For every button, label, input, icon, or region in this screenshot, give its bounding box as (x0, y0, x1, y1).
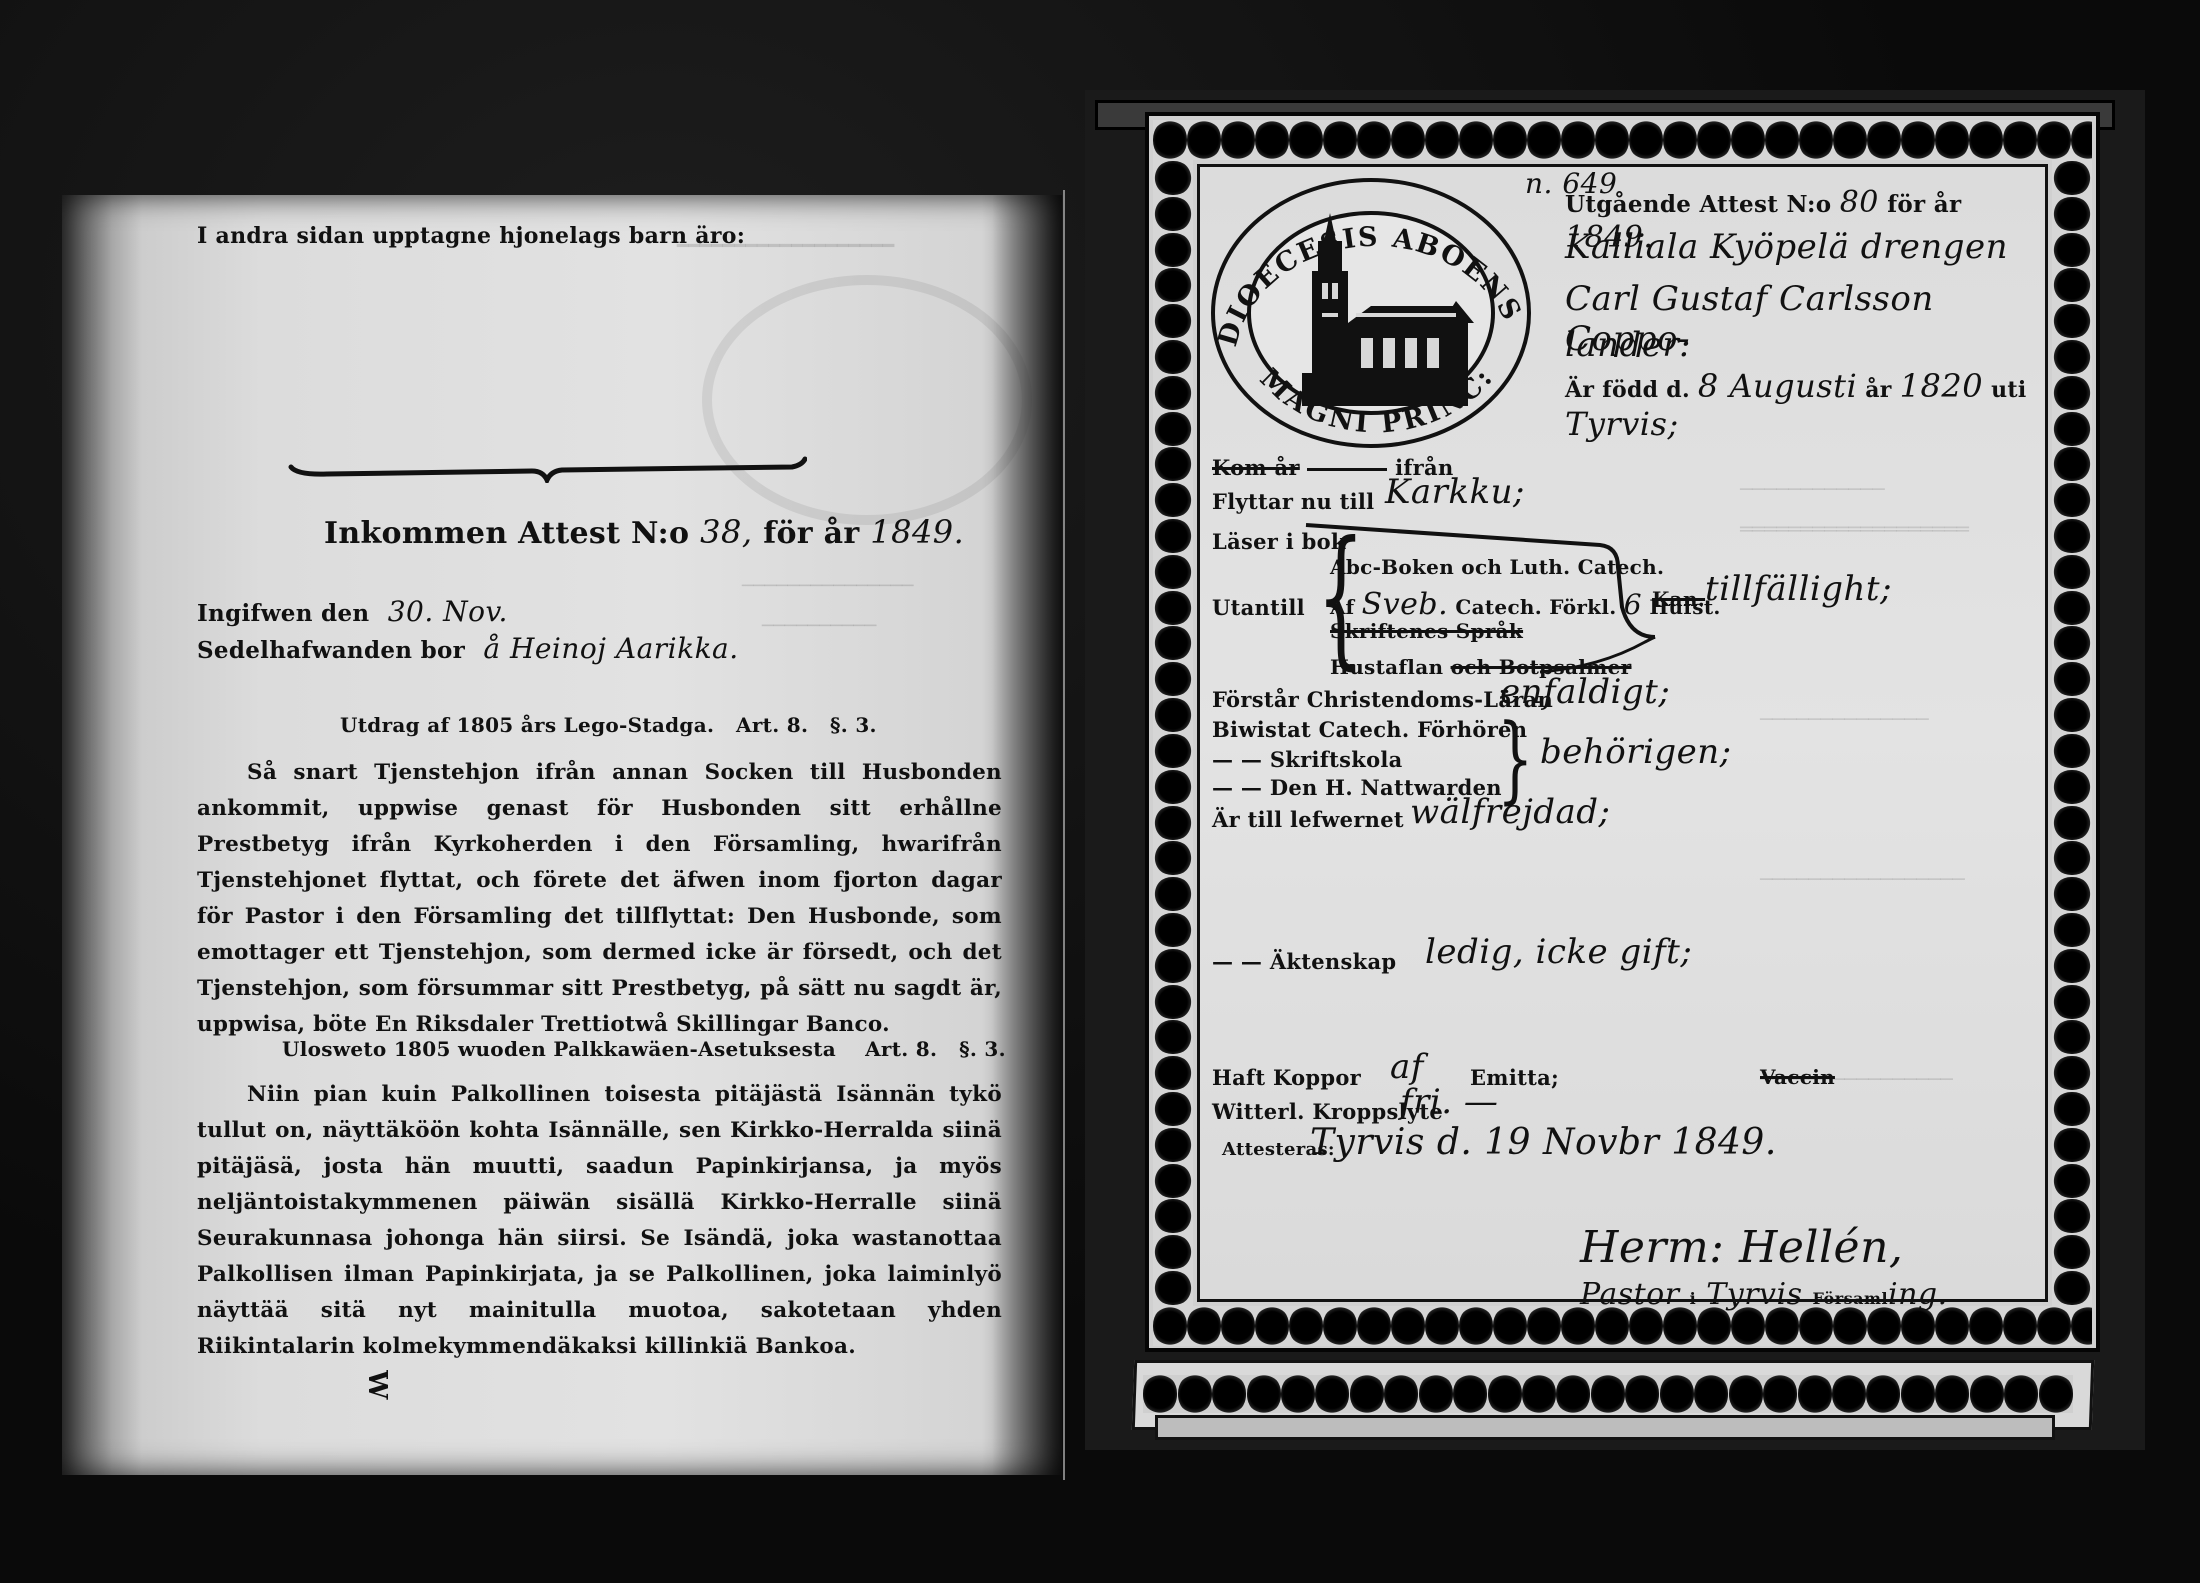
pastor-signature: Herm: Hellén, (1580, 1222, 1903, 1273)
field-label: Ingifwen den (197, 600, 369, 627)
show-through-text: ───────────────── (1760, 867, 1965, 891)
ornamental-border-right (2052, 160, 2092, 1306)
finnish-law-paragraph: Niin pian kuin Palkollinen toisesta pitä… (197, 1077, 1002, 1365)
page-shadow (62, 195, 142, 1475)
children-header-line: I andra sidan upptagne hjonelags barn är… (197, 223, 745, 249)
smallpox-value: af (1390, 1047, 1424, 1087)
scan-divider (1063, 190, 1065, 1480)
field-value: å Heinoj Aarikka. (483, 632, 738, 665)
holder-residence-field: Sedelhafwanden bor å Heinoj Aarikka. (197, 632, 739, 665)
paragraph-ref: §. 3. (959, 1037, 1006, 1061)
sig-hand: Tyrvis (1706, 1277, 1802, 1312)
swedish-section-heading: Utdrag af 1805 års Lego-Stadga. Art. 8. … (340, 713, 877, 737)
certificate-form: ──────────── ═══════════════════ ───────… (1197, 164, 2048, 1302)
show-through-text: ────────────── (1760, 707, 1929, 731)
conduct-label: Är till lefwernet (1212, 807, 1404, 832)
right-page-outgoing-certificate: ──────────── ═══════════════════ ───────… (1145, 112, 2100, 1352)
submitted-date-field: Ingifwen den 30. Nov. (197, 595, 508, 628)
article-ref: Art. 8. (736, 713, 808, 737)
heading-text: Ulosweto 1805 wuoden Palkkawäen-Asetukse… (282, 1037, 836, 1061)
vaccine-struck: Vaccin (1760, 1065, 1835, 1089)
incoming-certificate-title: Inkommen Attest N:o 38, för år 1849. (324, 513, 964, 551)
sig-hand: Pastor (1580, 1277, 1680, 1312)
diocese-seal-icon: DIOECESIS ABOENSIS. MAGNI PRINC: FINL. (1206, 173, 1536, 453)
attendance-value: behörigen; (1540, 732, 1732, 772)
paragraph-text: Niin pian kuin Palkollinen toisesta pitä… (197, 1082, 1002, 1359)
underlying-sheet-border (1143, 1375, 2073, 1413)
infirmity-value: fri. — (1400, 1082, 1498, 1122)
attested-value: Tyrvis d. 19 Novbr 1849. (1310, 1122, 1777, 1163)
person-line: Kalliala Kyöpelä drengen (1565, 227, 2008, 267)
birth-date: 8 Augusti (1698, 367, 1857, 405)
show-through-text: ═══════════════════ (1740, 517, 1969, 541)
field-label-struck: Kom år (1212, 455, 1300, 480)
signature-title: Pastor i Tyrvis Församling. (1580, 1277, 1948, 1312)
marriage-label: — — Äktenskap (1212, 949, 1396, 974)
sig-hand: ing. (1888, 1277, 1948, 1312)
paragraph-ref: §. 3. (830, 713, 877, 737)
certificate-year: 1849. (870, 513, 964, 551)
sig-print: Församl (1813, 1289, 1888, 1308)
field-label: Sedelhafwanden bor (197, 637, 465, 664)
title-year-label: för år (1887, 191, 1961, 218)
birth-year: 1820 (1900, 367, 1983, 405)
conduct-value: wälfrejdad; (1410, 792, 1611, 832)
swedish-law-paragraph: Så snart Tjenstehjon ifrån annan Socken … (197, 755, 1002, 1043)
sig-print: i (1690, 1289, 1697, 1308)
birth-place: Tyrvis; (1565, 405, 1679, 443)
birth-place-label: uti (1991, 377, 2026, 403)
finnish-section-heading: Ulosweto 1805 wuoden Palkkawäen-Asetukse… (282, 1037, 1006, 1061)
attended-confirmation-label: — — Skriftskola (1212, 747, 1403, 772)
title-label: Inkommen Attest N:o (324, 516, 689, 551)
birth-label: Är född d. (1565, 377, 1690, 403)
ornamental-border-bottom (1153, 1306, 2092, 1346)
heading-text: Utdrag af 1805 års Lego-Stadga. (340, 713, 714, 737)
birth-field: Är född d. 8 Augusti år 1820 uti Tyrvis; (1565, 367, 2045, 443)
by-heart-result: tillfällight; (1705, 569, 1892, 609)
show-through-text: ─────────────── (742, 575, 914, 597)
article-ref: Art. 8. (865, 1037, 937, 1061)
by-heart-label: Utantill (1212, 595, 1305, 620)
show-through-text: ────────── (762, 615, 876, 637)
margin-mark: W (362, 1370, 392, 1400)
ornamental-border-left (1153, 160, 1193, 1306)
divider-flourish-icon (287, 453, 807, 483)
certificate-number: 80 (1840, 185, 1879, 220)
result-prefix-struck: Kan. (1652, 587, 1705, 611)
paragraph-text: Så snart Tjenstehjon ifrån annan Socken … (197, 760, 1002, 1037)
underlying-sheet-edge (1155, 1415, 2055, 1440)
show-through-seal (702, 275, 1032, 525)
certificate-number: 38, (700, 513, 752, 551)
field-value: 30. Nov. (388, 595, 508, 628)
show-through-text: ──────────── (1740, 477, 1885, 501)
birth-year-label: år (1865, 377, 1891, 403)
title-label: Utgående Attest N:o (1565, 191, 1831, 218)
person-line: lander: (1565, 325, 1691, 365)
left-page-incoming-certificate: ━━━━━━━━━━━━━━━━━━━ ─────────────── ────… (62, 195, 1062, 1475)
smallpox-label: Haft Koppor (1212, 1065, 1361, 1090)
attended-catechism-label: Biwistat Catech. Förhören (1212, 717, 1527, 742)
moving-to-value: Karkku; (1385, 472, 1525, 512)
marriage-value: ledig, icke gift; (1425, 932, 1692, 972)
title-year-label: för år (763, 516, 859, 551)
ornamental-border-top (1153, 120, 2092, 160)
